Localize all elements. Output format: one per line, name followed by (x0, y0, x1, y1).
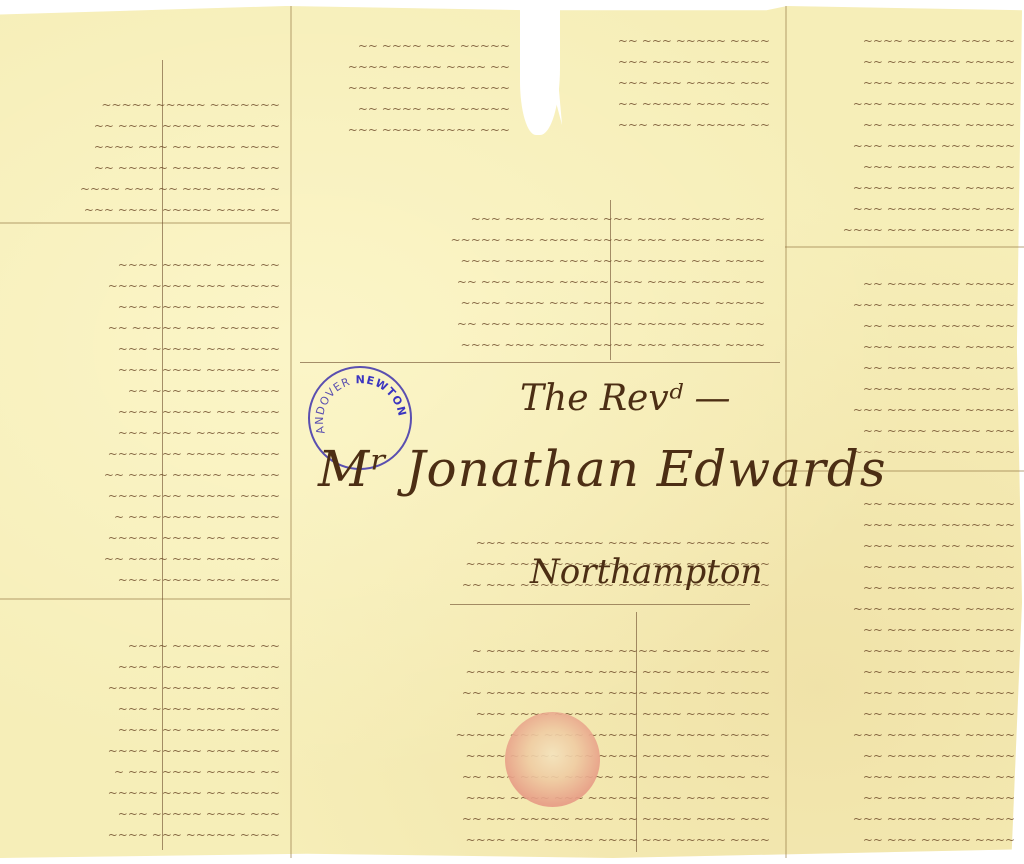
handwriting-block: ~~ ~~~~ ~~~~~ ~~~~ ~~~ ~ ~~~~~ ~~~ ~~ ~~… (10, 60, 280, 220)
svg-text:ANDOVER NEWTON: ANDOVER NEWTON (313, 373, 409, 435)
handwriting-block: ~~~~ ~~~~~ ~~~ ~~~~ ~~~ ~~~~ ~~~~~ ~~~ ~… (10, 605, 280, 845)
fold-line (290, 6, 292, 858)
divider-rule (450, 604, 750, 605)
address-name: Mʳ Jonathan Edwards (318, 440, 887, 498)
stamp-text-right: NEWTON (356, 373, 409, 418)
torn-hole (520, 0, 560, 135)
handwriting-block: ~~~~ ~~~~~ ~~~ ~~~~ ~~~~~ ~~~ ~~~~ ~~~ ~… (305, 185, 765, 355)
divider-rule (300, 362, 780, 363)
handwriting-block: ~~~~ ~~~~~ ~~~ ~~ ~~~ ~~~~ ~~~~~ ~~~ ~~~… (795, 480, 1015, 850)
wax-seal (505, 712, 600, 807)
address-title: The Revᵈ — (520, 378, 731, 419)
fold-line (785, 246, 1024, 248)
fold-line (0, 222, 290, 224)
handwriting-block: ~~~~ ~~~ ~~~~~ ~~~ ~~ ~~~~~ ~~~ ~~~~ ~~ … (10, 230, 280, 590)
handwriting-block: ~~ ~~~~~ ~~~~ ~~~ ~~~~ ~~~ ~~~~~ ~~ ~~~ … (570, 25, 770, 135)
stamp-text-left: ANDOVER (313, 375, 352, 435)
handwriting-block: ~~~~ ~~~~~ ~~~ ~~~~ ~~~ ~~~~ ~~~~~ ~~~ ~… (795, 10, 1015, 240)
handwriting-block: ~~~ ~~~~~ ~~~~ ~~~ ~~~~~ ~~~ ~~~~ ~~ ~~~… (310, 30, 510, 140)
handwriting-block: ~~~~ ~~~ ~~~~~ ~~~ ~~~ ~~~~~ ~~~~ ~~ ~~~… (795, 252, 1015, 462)
address-town: Northampton (530, 552, 762, 592)
fold-line (785, 6, 787, 858)
fold-line (0, 598, 290, 600)
